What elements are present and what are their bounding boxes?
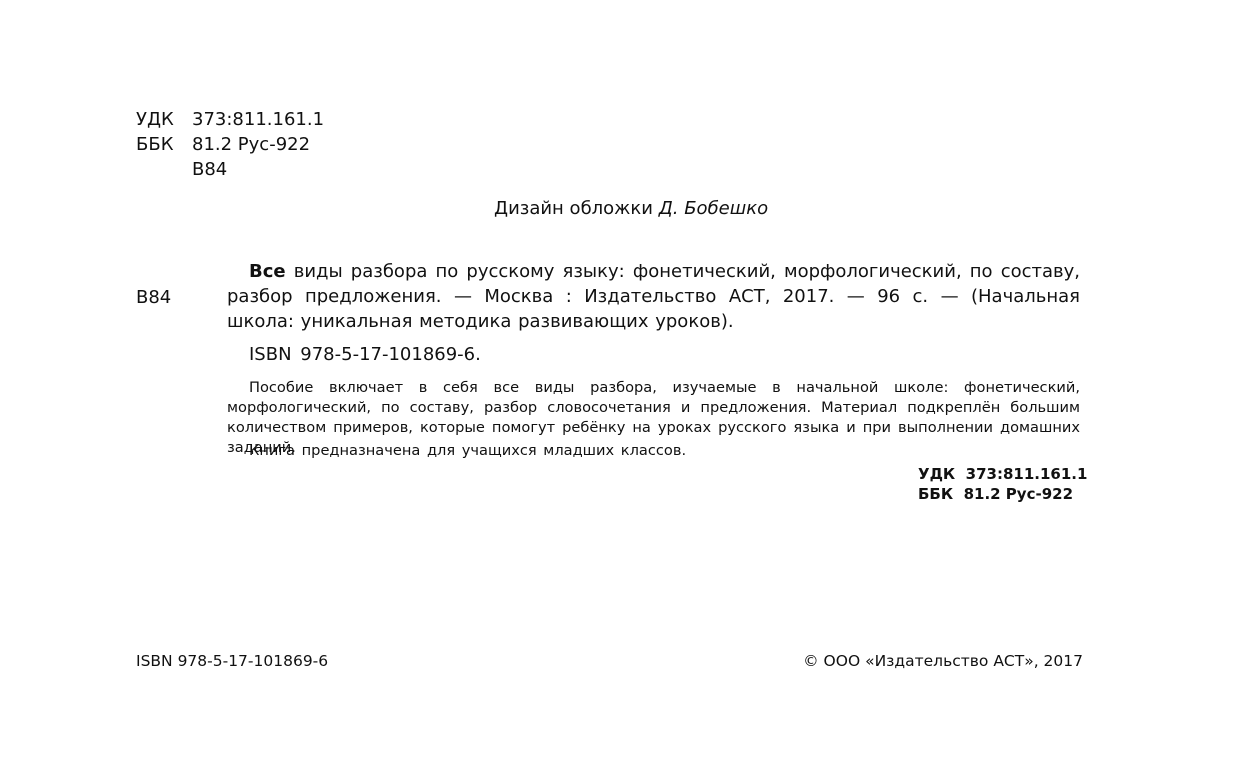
annotation-audience: Книга предназначена для учащихся младших… [249, 441, 686, 461]
bbk-value: 81.2 Рус-922 [192, 134, 310, 155]
cover-design-credit: Дизайн обложки Д. Бобешко [494, 196, 768, 221]
author-sign-top: В84 [192, 159, 227, 180]
bbk-label: ББК [136, 132, 192, 157]
cover-designer-name: Д. Бобешко [659, 198, 768, 219]
catalog-entry-description: виды разбора по русскому языку: фонетиче… [227, 261, 1080, 332]
author-sign-entry: В84 [136, 285, 171, 310]
udk-value: 373:811.161.1 [192, 109, 324, 130]
catalog-entry: Все виды разбора по русскому языку: фоне… [227, 259, 1080, 334]
udk-bottom: УДК 373:811.161.1 [918, 464, 1087, 484]
bbk-row: ББК81.2 Рус-922 [136, 132, 310, 157]
udk-label: УДК [136, 107, 192, 132]
catalog-entry-title-bold: Все [249, 261, 286, 282]
catalog-entry-isbn: ISBN 978-5-17-101869-6. [249, 342, 481, 367]
author-sign-row: В84 [136, 157, 227, 182]
cover-design-prefix: Дизайн обложки [494, 198, 659, 219]
footer-isbn: ISBN 978-5-17-101869-6 [136, 650, 328, 672]
classification-bottom: УДК 373:811.161.1 ББК 81.2 Рус-922 [918, 464, 1087, 504]
udk-row: УДК373:811.161.1 [136, 107, 324, 132]
footer-copyright: © ООО «Издательство АСТ», 2017 [803, 650, 1083, 672]
bbk-bottom: ББК 81.2 Рус-922 [918, 484, 1087, 504]
